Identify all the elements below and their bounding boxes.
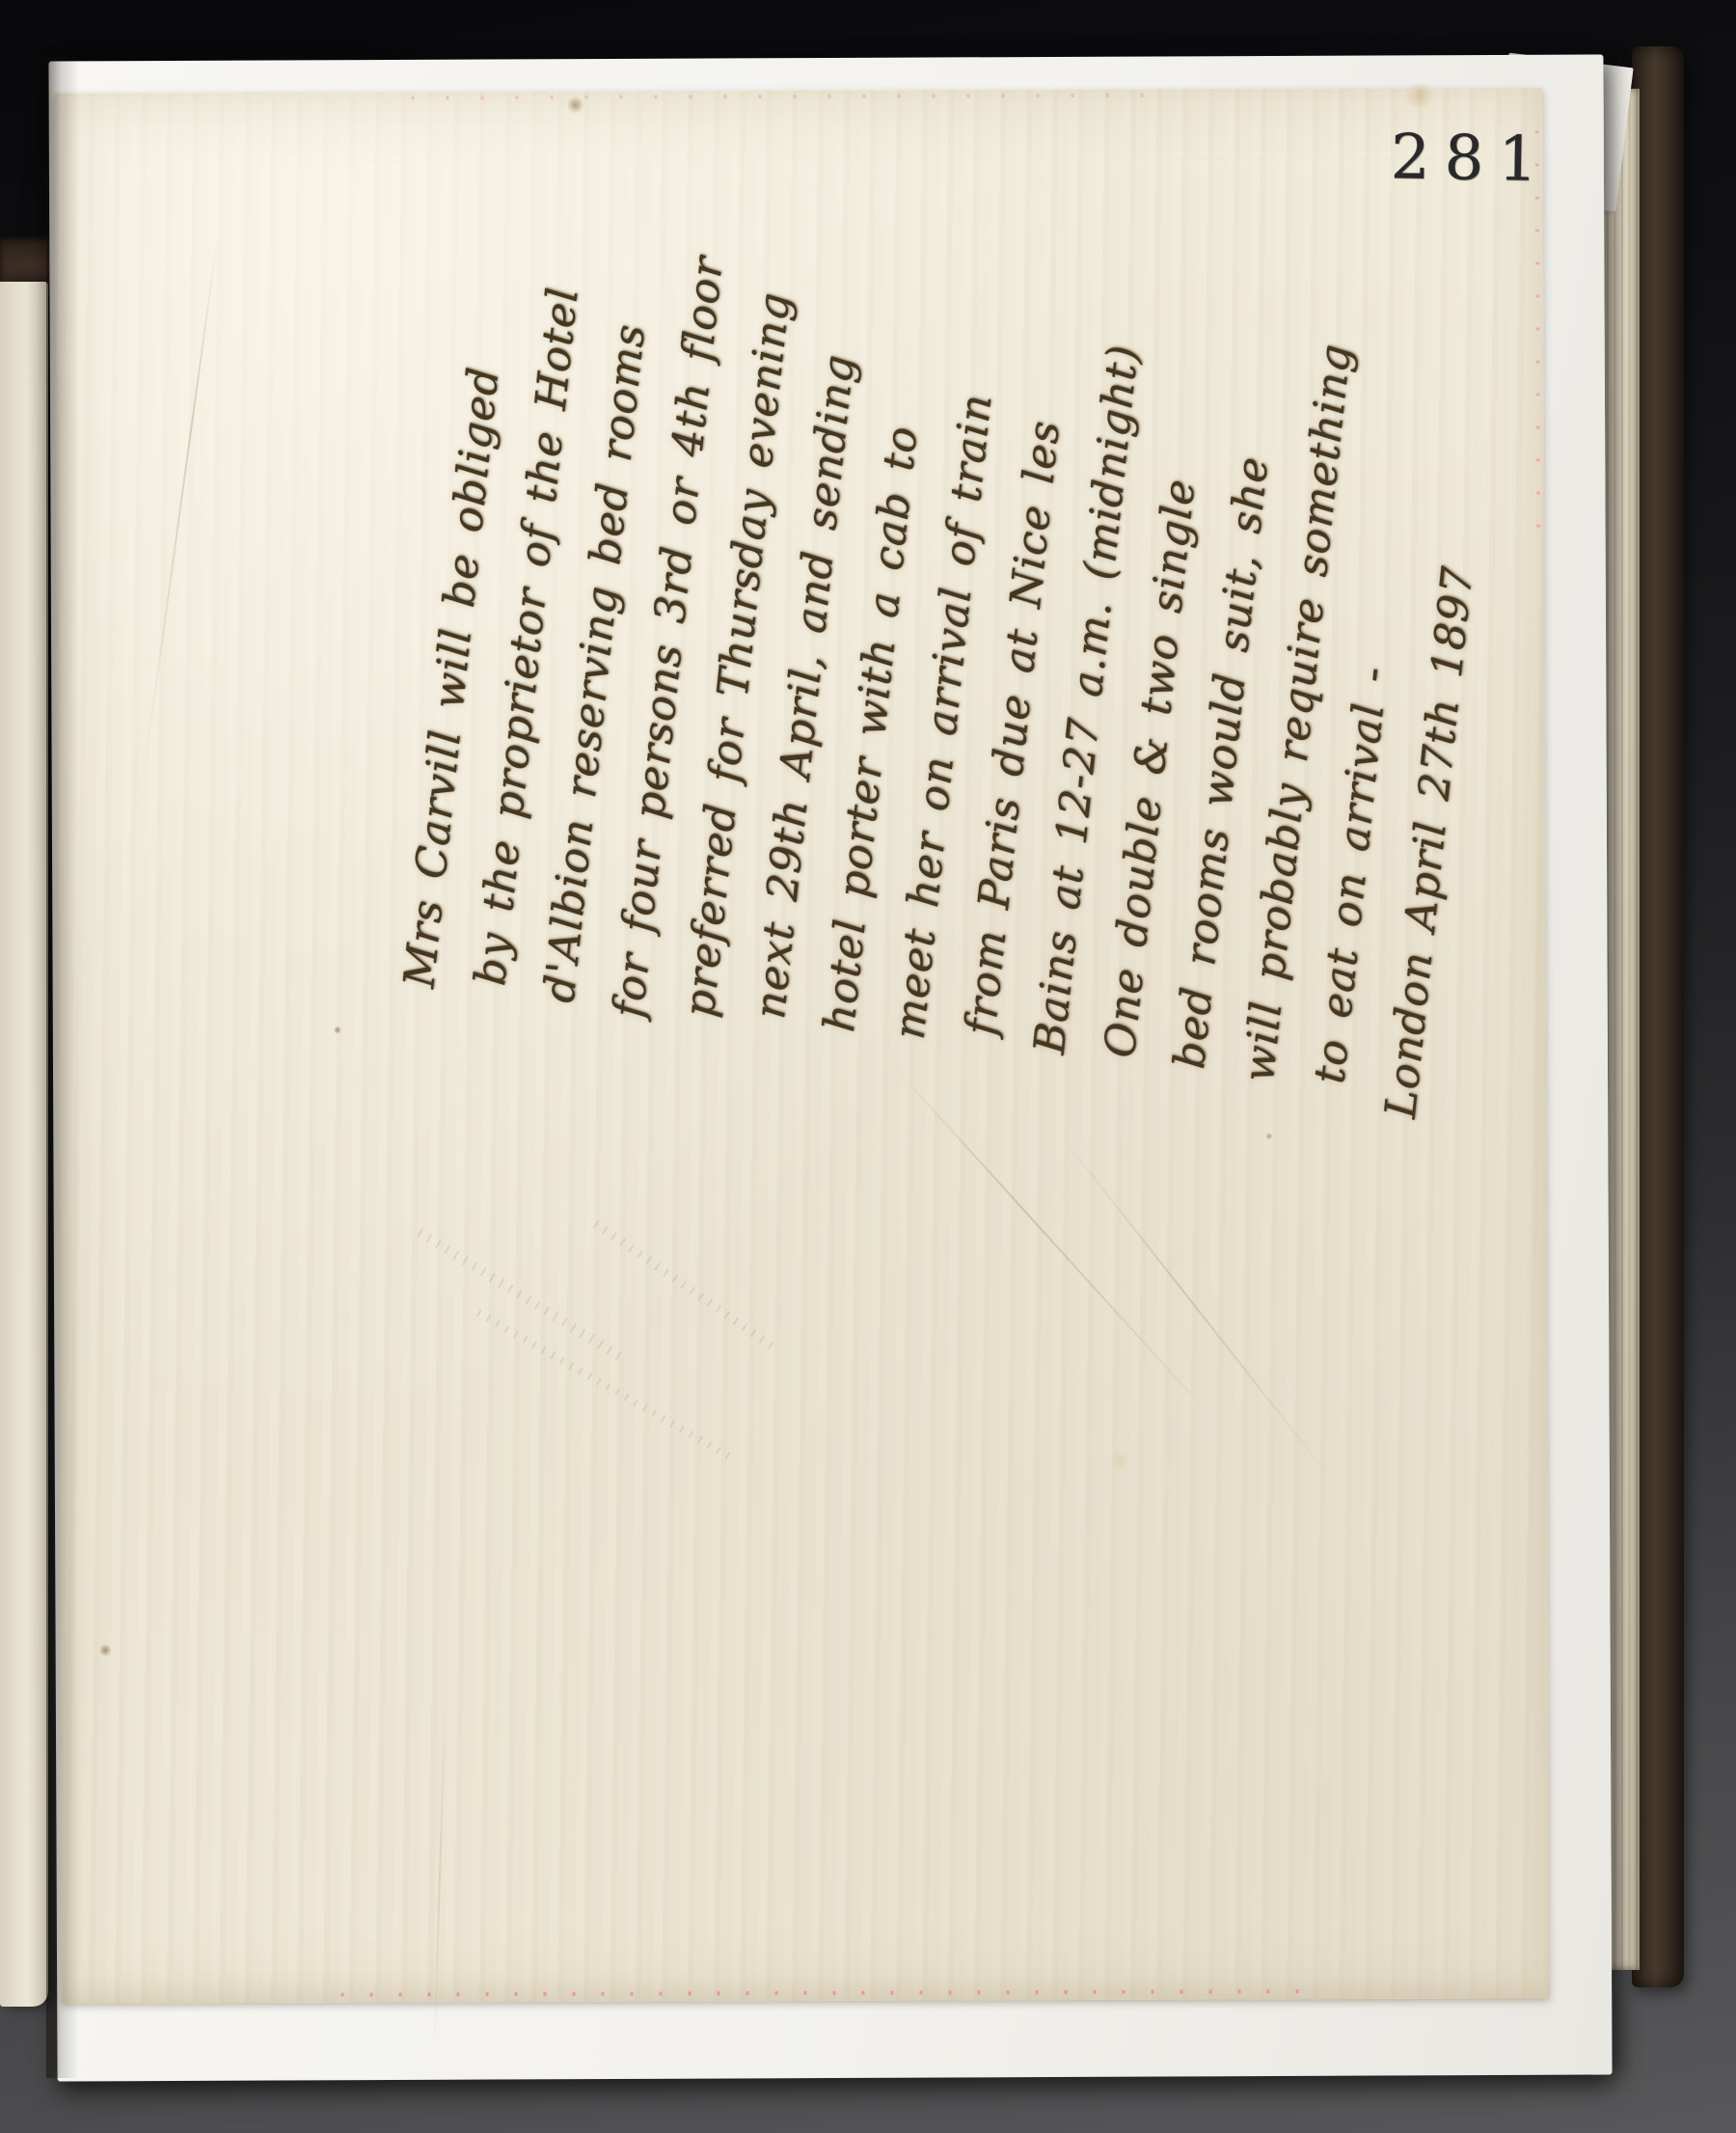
book-cover-spine [1632, 46, 1684, 1987]
previous-page-edge [0, 282, 48, 2007]
foxing-spot [334, 1026, 341, 1034]
foxing-spot [1108, 1452, 1129, 1469]
edge-tint-dots-bottom [340, 1989, 1315, 1997]
pencil-ghost-mark [412, 1225, 622, 1360]
pencil-ghost-mark [475, 1309, 730, 1460]
paper-crease [888, 1061, 1227, 1435]
handwriting: Mrs Carvill will be obliged by the propr… [384, 72, 1534, 1095]
foxing-spot [1265, 1133, 1272, 1139]
foxing-spot [1403, 83, 1436, 108]
foxing-spot [98, 1645, 112, 1656]
paper-crease [143, 240, 218, 776]
gutter-shadow [46, 58, 79, 2078]
book-scan: 281 Mrs Carvill will be obliged by the p… [0, 0, 1736, 2133]
pencil-ghost-mark [586, 1216, 773, 1350]
paper-crease [1057, 1131, 1339, 1489]
